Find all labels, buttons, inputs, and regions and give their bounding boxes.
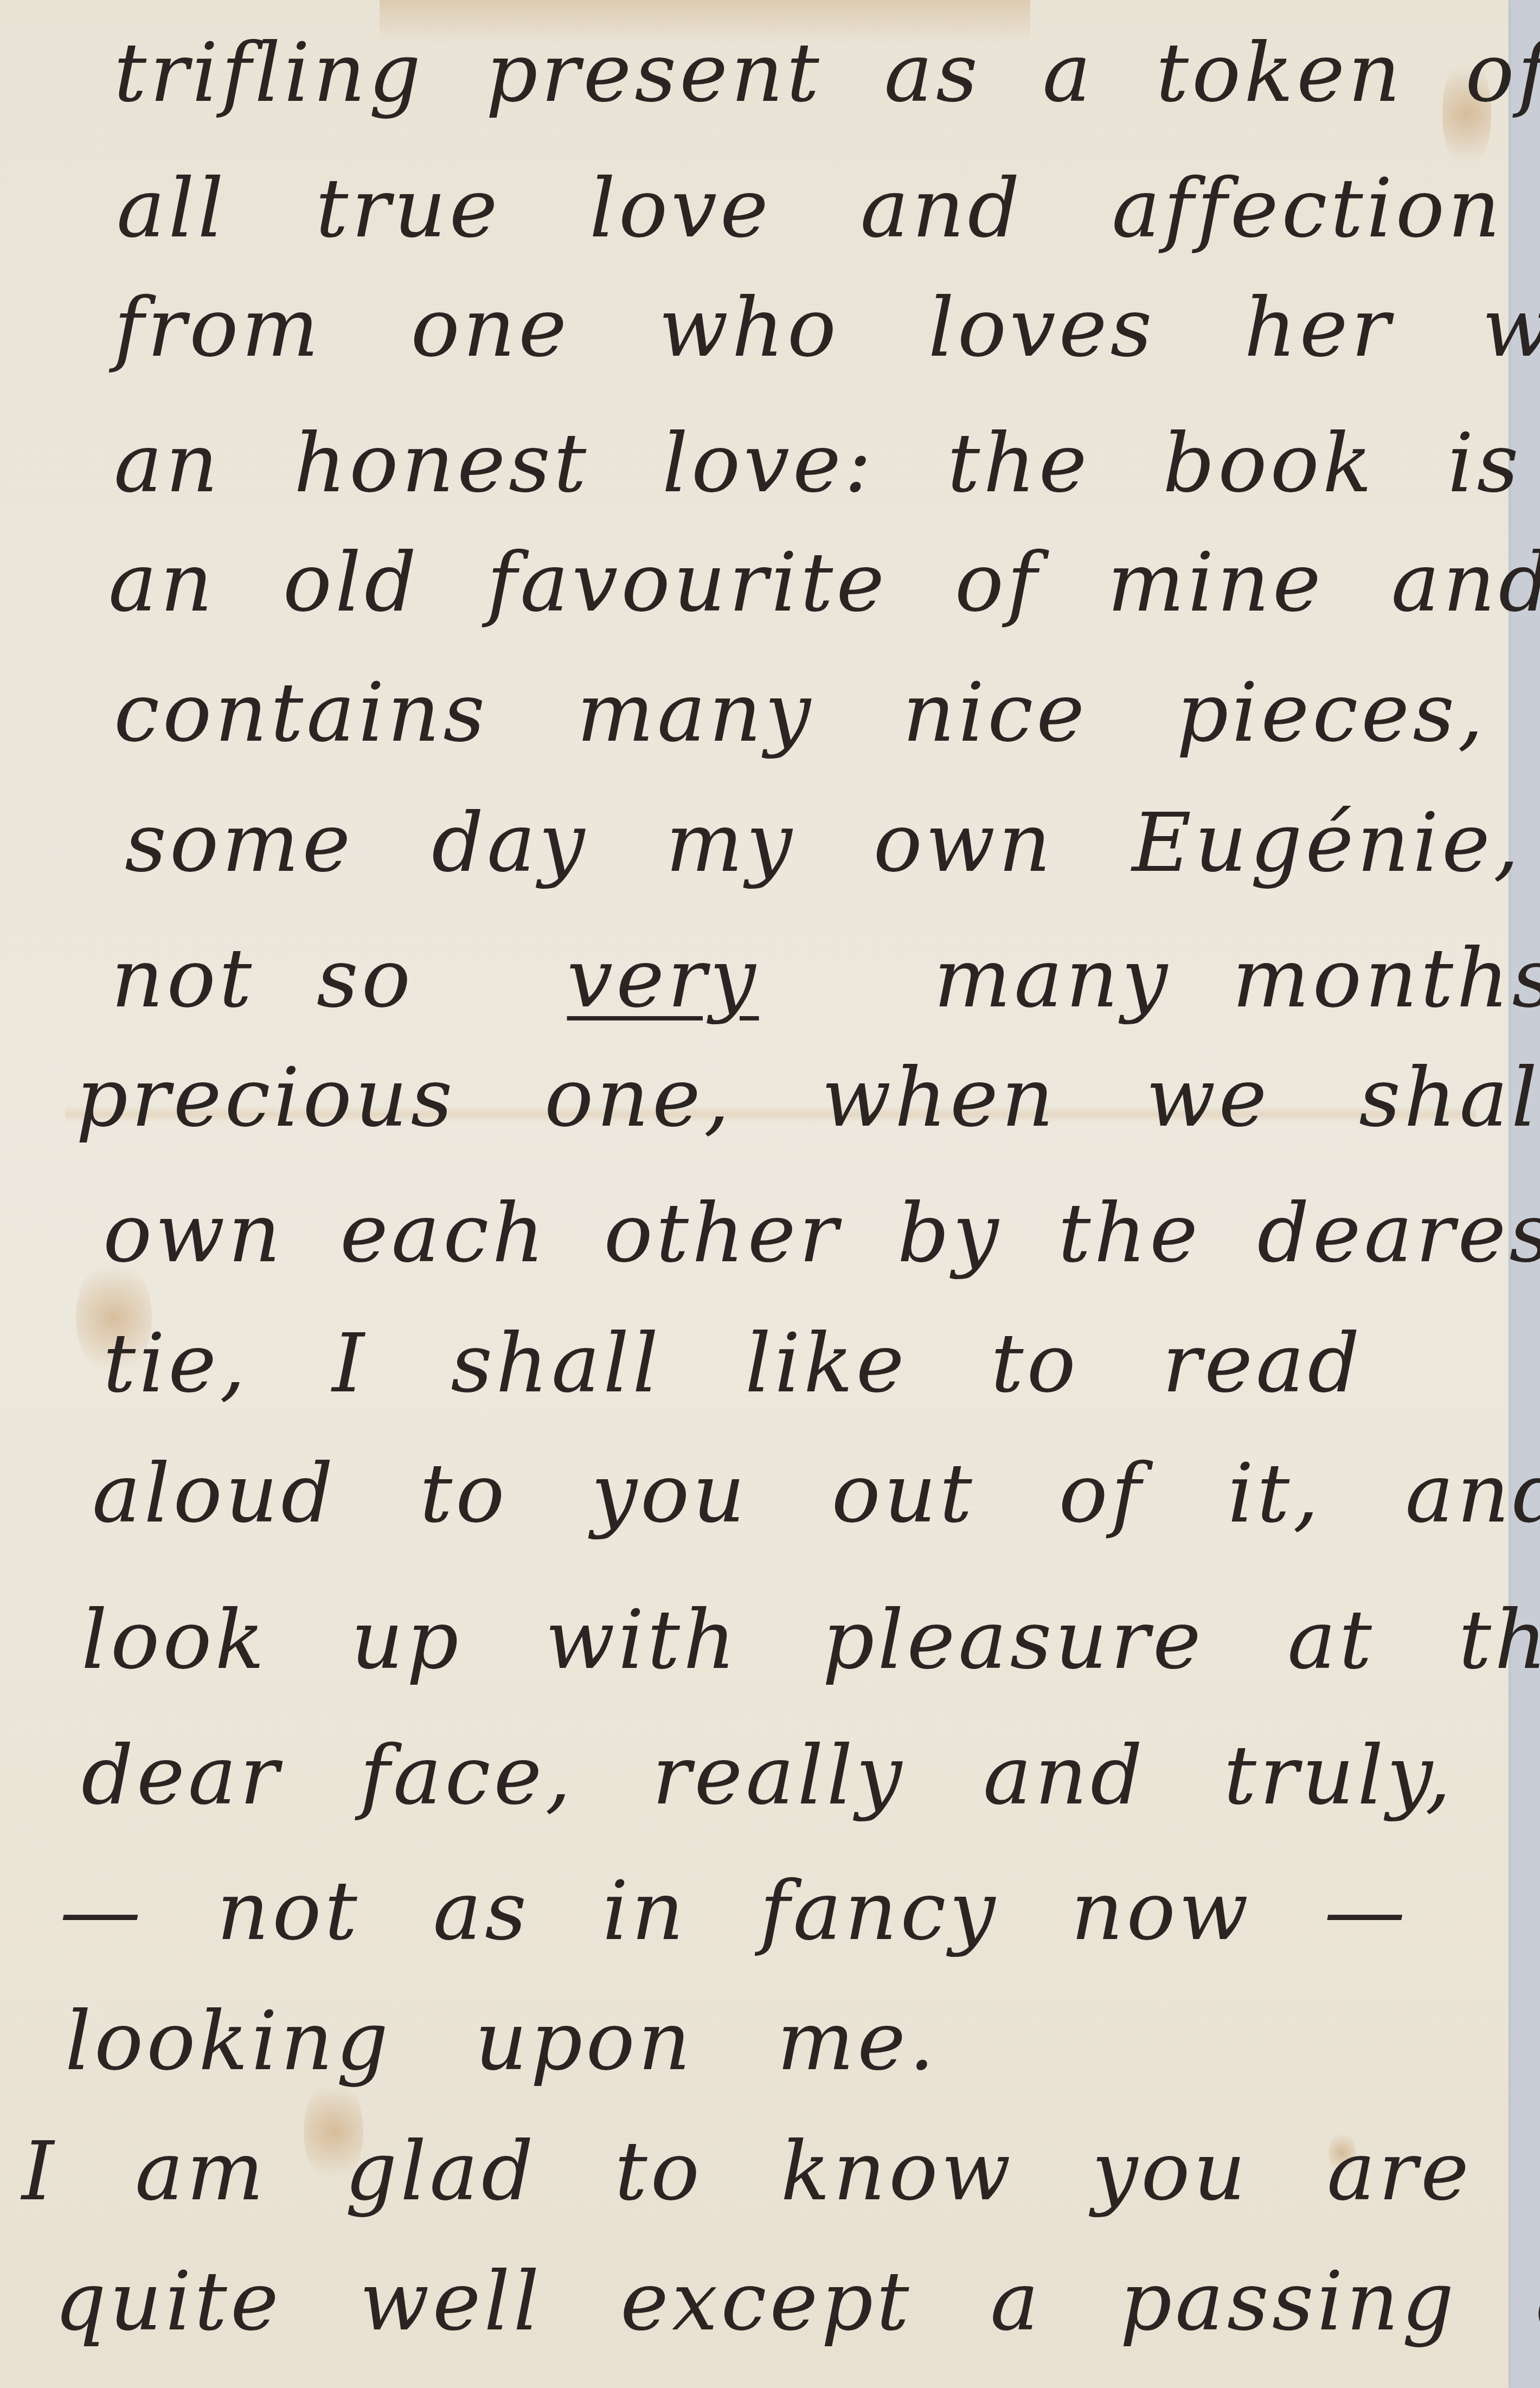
letter-line: trifling present as a token of (114, 33, 1509, 114)
letter-line: own each other by the dearest (103, 1193, 1509, 1274)
letter-line: some day my own Eugénie, (125, 803, 1509, 884)
letter-text: not so (111, 932, 414, 1026)
letter-line: I am glad to know you are (22, 2131, 1509, 2212)
underlined-word: very (567, 932, 759, 1026)
letter-line: tie, I shall like to read (103, 1323, 1509, 1404)
letter-line: aloud to you out of it, and (92, 1453, 1509, 1535)
letter-line: precious one, when we shall (76, 1057, 1509, 1139)
letter-text: many months, my (934, 932, 1540, 1026)
letter-body: trifling present as a token of all true … (0, 0, 1509, 2388)
letter-line: an honest love: the book is (114, 423, 1509, 504)
letter-line: an old favourite of mine and (108, 542, 1509, 624)
letter-page: trifling present as a token of all true … (0, 0, 1509, 2388)
letter-line: quite well except a passing cold (54, 2261, 1509, 2342)
letter-line: all true love and affection (117, 168, 1509, 249)
letter-line: — not as in fancy now — (60, 1871, 1509, 1952)
letter-line: contains many nice pieces, (114, 672, 1509, 754)
letter-line: dear face, really and truly, (81, 1735, 1509, 1816)
letter-line: not so very many months, my (111, 938, 1509, 1019)
letter-line: look up with pleasure at the (81, 1600, 1509, 1681)
letter-line: looking upon me. (65, 2001, 1509, 2082)
letter-line: from one who loves her with (114, 287, 1509, 369)
